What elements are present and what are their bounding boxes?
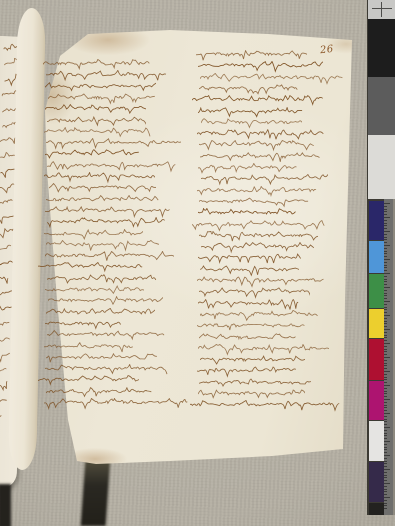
ruler-tick [384,405,387,406]
ruler-tick [384,480,387,481]
color-patch-magenta [369,381,384,420]
ruler-tick [384,388,387,389]
ruler-tick [384,248,387,249]
ruler-tick [384,475,387,476]
ruler-tick [384,220,387,221]
ruler-tick [384,284,387,285]
registration-crosshair-icon [372,8,392,9]
color-patch-black [369,503,384,515]
ruler-tick [384,304,387,305]
ruler-tick [384,399,390,400]
ruler-tick [384,214,387,215]
ruler-tick [384,500,387,501]
ruler-tick [384,466,387,467]
color-patch-dark-violet [369,462,384,502]
ruler-tick [384,326,387,327]
ruler-tick [384,424,387,425]
ruler-tick [384,483,390,484]
ruler-tick [384,270,387,271]
ruler-tick [384,469,390,470]
ruler-tick [384,458,387,459]
ruler-tick [384,293,387,294]
ruler-tick [384,318,387,319]
ruler-tick [384,360,387,361]
ruler-tick [384,309,387,310]
ruler-tick [384,223,387,224]
ruler-tick [384,455,390,456]
ruler-tick [384,231,390,232]
color-patch-navy [369,201,384,240]
ruler-tick [384,433,387,434]
ruler-tick [384,259,390,260]
ruler-tick [384,377,387,378]
color-patch-red [369,339,384,380]
ruler-tick [384,298,387,299]
ruler-tick [384,209,387,210]
ruler-tick [384,335,387,336]
ruler-tick [384,211,387,212]
registration-crosshair-icon [381,2,382,17]
ruler-tick [384,323,387,324]
ruler-tick [384,385,390,386]
ruler-tick [384,379,387,380]
ruler-tick [384,281,387,282]
handwritten-text-line [0,411,4,426]
ruler-tick [384,340,387,341]
ruler-tick [384,382,387,383]
ruler-tick [384,307,387,308]
ruler-tick [384,461,387,462]
color-patch-yellow [369,309,384,338]
ruler-tick [384,332,387,333]
ruler-tick [384,321,387,322]
ruler-tick [384,265,387,266]
manuscript-photo: 26 [0,0,395,526]
ruler-tick [384,301,390,302]
ruler-tick [384,276,387,277]
ruler-tick [384,402,387,403]
ruler-tick [384,435,387,436]
handwritten-text-line [190,400,341,412]
ruler-tick [384,489,387,490]
color-patch-white [369,421,384,461]
ruler-tick [384,477,387,478]
ruler-tick [384,419,387,420]
ruler-tick [384,203,390,204]
ruler-tick [384,228,387,229]
ruler-tick [384,494,387,495]
ruler-tick [384,337,387,338]
ruler-tick [384,486,387,487]
ruler-tick [384,452,387,453]
ruler-tick [384,410,387,411]
ruler-tick [384,472,387,473]
ruler-tick [384,279,387,280]
handwritten-text-line [44,398,190,410]
ruler-tick [384,295,387,296]
ruler-tick [384,262,387,263]
ruler-tick [384,444,387,445]
ruler-tick [384,351,387,352]
ruler-tick [384,256,387,257]
grayscale-patch-white [368,135,395,199]
ruler-tick [384,463,387,464]
ruler-tick [384,273,390,274]
color-patch-blue [369,241,384,273]
ruler-tick [384,217,390,218]
ruler-tick [384,349,387,350]
spine-shadow [0,484,11,526]
ruler-tick [384,427,390,428]
manuscript-line [190,397,341,416]
ruler-tick [384,371,390,372]
ruler-tick [384,396,387,397]
ruler-tick [384,239,387,240]
ruler-tick [384,368,387,369]
ruler-tick [384,441,390,442]
ruler-tick [384,421,387,422]
ruler-tick [384,234,387,235]
ruler-tick [384,416,387,417]
ruler-tick [384,505,387,506]
ruler-tick [384,287,390,288]
ruler-tick [384,449,387,450]
ruler-tick [384,245,390,246]
grayscale-patch-registration [368,0,395,19]
ruler-tick [384,267,387,268]
ruler-strip [384,199,395,515]
ruler-tick [384,206,387,207]
handwritten-text-line [0,396,9,411]
ruler-tick [384,312,387,313]
ruler-tick [384,346,387,347]
ruler-tick [384,343,390,344]
ruler-tick [384,508,387,509]
ruler-tick [384,407,387,408]
ruler-tick [384,225,387,226]
ruler-tick [384,242,387,243]
ruler-tick [384,365,387,366]
ruler-tick [384,363,387,364]
ruler-tick [384,497,390,498]
ruler-tick [384,253,387,254]
ruler-tick [384,251,387,252]
ruler-tick [384,290,387,291]
ruler-tick [384,438,387,439]
ruler-tick [384,354,387,355]
manuscript-line [44,395,190,414]
ruler-tick [384,237,387,238]
ruler-tick [384,374,387,375]
grayscale-patch-black [368,19,395,77]
ruler-tick [384,391,387,392]
ruler-tick [384,329,390,330]
ruler-tick [384,491,387,492]
ruler-tick [384,503,387,504]
ruler-tick [384,413,390,414]
page-shadow [81,458,111,526]
ruler-tick [384,315,390,316]
color-patch-green [369,274,384,308]
grayscale-patch-gray [368,77,395,135]
ruler-tick [384,447,387,448]
ruler-tick [384,430,387,431]
ruler-tick [384,357,390,358]
ruler-tick [384,393,387,394]
color-calibration-bar [367,0,395,515]
